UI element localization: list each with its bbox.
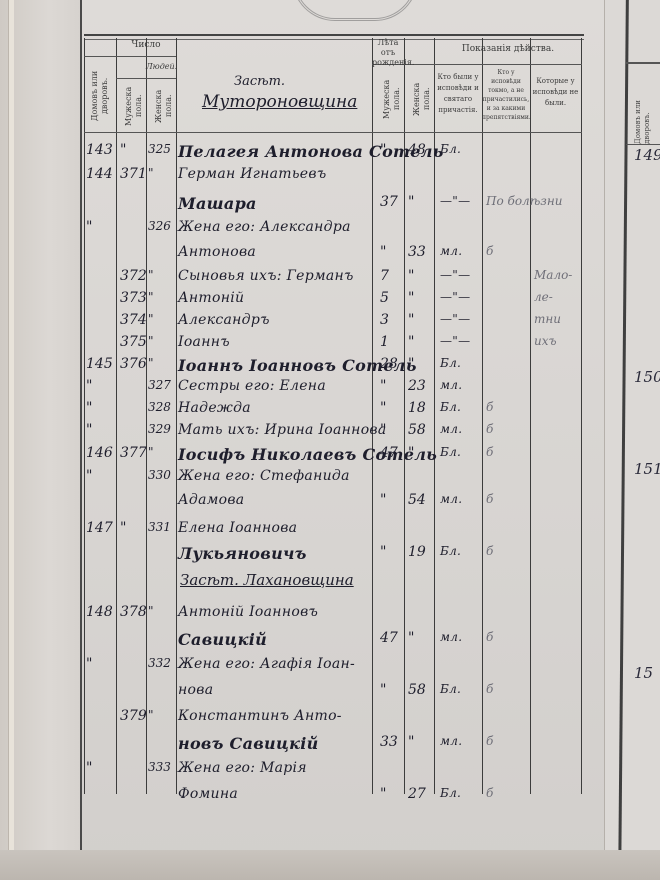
cell-age-f: 48 [408,142,426,158]
cell-house: 147 [86,520,113,536]
cell-status: —"— [440,334,470,348]
cell-female: 331 [148,520,171,534]
cell-mark: ихъ [534,334,557,348]
cell-status: —"— [440,194,470,208]
cell-age-m: 47 [380,630,398,646]
cell-name: Лукьяновичъ [178,544,307,563]
cell-name: Сестры его: Елена [178,378,326,394]
cell-status: мл. [440,630,462,644]
cell-female: " [148,708,154,722]
cell-male: 374 [120,312,147,328]
cell-male: " [120,142,126,158]
cell-name: Сыновья ихъ: Германъ [178,268,354,284]
cell-mark: Мало- [534,268,572,282]
cell-age-f: 54 [408,492,426,508]
cell-female: " [148,290,154,304]
cell-status: мл. [440,492,462,506]
header-male: Мужеска пола. [124,82,144,130]
header-rule [116,78,176,79]
cell-age-f: " [408,630,414,646]
cell-age-m: 33 [380,734,398,750]
cell-house: " [86,219,92,235]
cell-name: Елена Іоаннова [178,520,297,536]
header-age-female: Женска пола. [412,70,432,128]
cell-mark: б [486,422,493,436]
cell-mark: ле- [534,290,553,304]
cell-age-f: " [408,290,414,306]
cell-name: Герман Игнатьевъ [178,166,326,182]
cell-age-m: " [380,544,386,560]
cell-status: Бл. [440,682,461,696]
cell-name: Пелагея Антонова Сотель [178,142,444,161]
cell-male: 378 [120,604,147,620]
cell-status: мл. [440,378,462,392]
cell-age-m: 7 [380,268,389,284]
cell-age-f: 58 [408,682,426,698]
header-testimony: Показанія дѣйства. [434,44,582,54]
header-persons: Людей. [146,62,176,71]
cell-house: 144 [86,166,113,182]
header-age: Лѣта отъ рожденія. [372,38,404,68]
cell-house: 145 [86,356,113,372]
cell-male: 373 [120,290,147,306]
cell-name: Жена его: Стефанида [178,468,350,484]
cell-age-f: " [408,194,414,210]
cell-mark: По болѣзни [486,194,562,208]
cell-house: 148 [86,604,113,620]
cell-age-f: " [408,334,414,350]
cell-female: " [148,445,154,459]
cell-status: Бл. [440,400,461,414]
cell-name: Іоаннъ [178,334,230,350]
cell-age-m: " [380,786,386,802]
cell-name: нова [178,682,213,698]
col-rule [581,38,582,794]
cell-name: Антоній [178,290,244,306]
cell-male: 377 [120,445,147,461]
cell-age-f: 18 [408,400,426,416]
header-female: Женска пола. [154,82,174,130]
right-page-header: Домовъ или дворовъ. [626,62,660,145]
cell-house: " [86,378,92,394]
cell-name: Іосифъ Николаевъ Сотель [178,445,437,464]
cell-status: Бл. [440,544,461,558]
cell-mark: б [486,400,493,414]
col-rule [146,38,147,794]
cell-age-f: " [408,268,414,284]
cell-name: Александръ [178,312,270,328]
cell-age-m: " [380,682,386,698]
cell-status: Бл. [440,445,461,459]
cell-name: Мать ихъ: Ирина Іоаннова [178,422,387,438]
cell-age-m: 28 [380,356,398,372]
cell-female: 328 [148,400,171,414]
cell-house: " [86,656,92,672]
header-count: Число [116,40,176,50]
cell-male: 379 [120,708,147,724]
cell-mark: б [486,492,493,506]
cell-mark: б [486,734,493,748]
cell-age-f: " [408,356,414,372]
cell-age-f: 27 [408,786,426,802]
cell-age-m: " [380,400,386,416]
cell-male: 376 [120,356,147,372]
cell-status: мл. [440,734,462,748]
cell-name: Антонова [178,244,256,260]
cell-age-m: " [380,142,386,158]
cell-name: Савицкій [178,630,267,649]
col-rule [530,38,531,794]
section-title-1-prefix: Засѣт. [234,74,285,89]
cell-female: " [148,334,154,348]
cell-mark: б [486,786,493,800]
cell-age-f: 19 [408,544,426,560]
header-confessed-communed: Кто были у исповѣди и святаго причастія. [434,72,482,116]
cell-male: 375 [120,334,147,350]
col-rule [116,38,117,794]
col-rule [84,38,85,794]
cell-name: Антоній Іоанновъ [178,604,318,620]
section-title-1: Мутороновщина [202,92,357,112]
header-households: Домовъ или дворовъ. [90,64,110,128]
cell-house: " [86,400,92,416]
cell-female: " [148,166,154,180]
col-rule [482,38,483,794]
cell-age-f: " [408,445,414,461]
left-page-edge [8,0,14,880]
cell-status: —"— [440,268,470,282]
cell-age-m: 37 [380,194,398,210]
cell-status: Бл. [440,356,461,370]
page-bottom-shadow [0,850,660,880]
cell-female: 326 [148,219,171,233]
header-rule [434,64,582,65]
cell-age-m: " [380,244,386,260]
cell-name: Фомина [178,786,238,802]
cell-status: мл. [440,244,462,258]
cell-age-m: " [380,378,386,394]
cell-name: Константинъ Анто- [178,708,342,724]
col-rule [176,38,177,794]
cell-age-f: 58 [408,422,426,438]
cell-age-m: " [380,422,386,438]
section-title-2: Засѣт. Лахановщина [180,571,354,589]
cell-name: новъ Савицкій [178,734,319,753]
cell-female: " [148,312,154,326]
cell-status: —"— [440,312,470,326]
cell-age-m: 5 [380,290,389,306]
cell-name: Жена его: Александра [178,219,351,235]
right-house-number: 149 [634,146,660,164]
cell-age-f: 33 [408,244,426,260]
cell-name: Жена его: Агафія Іоан- [178,656,355,672]
cell-female: " [148,604,154,618]
cell-mark: б [486,682,493,696]
cell-status: Бл. [440,786,461,800]
cell-female: " [148,356,154,370]
cell-house: " [86,468,92,484]
cell-house: " [86,760,92,776]
cell-age-f: 23 [408,378,426,394]
cell-age-m: 47 [380,445,398,461]
header-age-male: Мужеска пола. [382,70,402,128]
header-rule [84,56,176,57]
cell-status: —"— [440,290,470,304]
cell-age-m: " [380,492,386,508]
right-house-number: 151 [634,460,660,478]
cell-male: 371 [120,166,147,182]
cell-house: 143 [86,142,113,158]
cell-status: Бл. [440,142,461,156]
cell-female: 325 [148,142,171,156]
cell-name: Надежда [178,400,251,416]
cell-mark: тни [534,312,561,326]
cell-mark: б [486,544,493,558]
cell-name: Адамова [178,492,244,508]
right-house-number: 15 [634,664,653,682]
cell-age-f: " [408,734,414,750]
cell-house: 146 [86,445,113,461]
cell-mark: б [486,244,493,258]
cell-name: Машара [178,194,257,213]
cell-female: 327 [148,378,171,392]
header-bottom-rule [84,132,582,133]
cell-age-m: 1 [380,334,389,350]
cell-female: " [148,268,154,282]
cell-house: " [86,422,92,438]
register-table: Число Людей. Домовъ или дворовъ. Мужеска… [84,34,584,794]
cell-name: Жена его: Марія [178,760,307,776]
header-confessed-only: Кто у исповѣди токмо, а не причастились,… [482,68,530,122]
cell-female: 329 [148,422,171,436]
cell-female: 332 [148,656,171,670]
right-house-number: 150 [634,368,660,386]
cell-male: 372 [120,268,147,284]
cell-female: 333 [148,760,171,774]
cell-age-f: " [408,312,414,328]
header-not-confessed: Которые у исповѣди не были. [530,76,581,109]
cell-male: " [120,520,126,536]
cell-female: 330 [148,468,171,482]
cell-mark: б [486,630,493,644]
cell-age-m: 3 [380,312,389,328]
cell-mark: б [486,445,493,459]
cell-status: мл. [440,422,462,436]
